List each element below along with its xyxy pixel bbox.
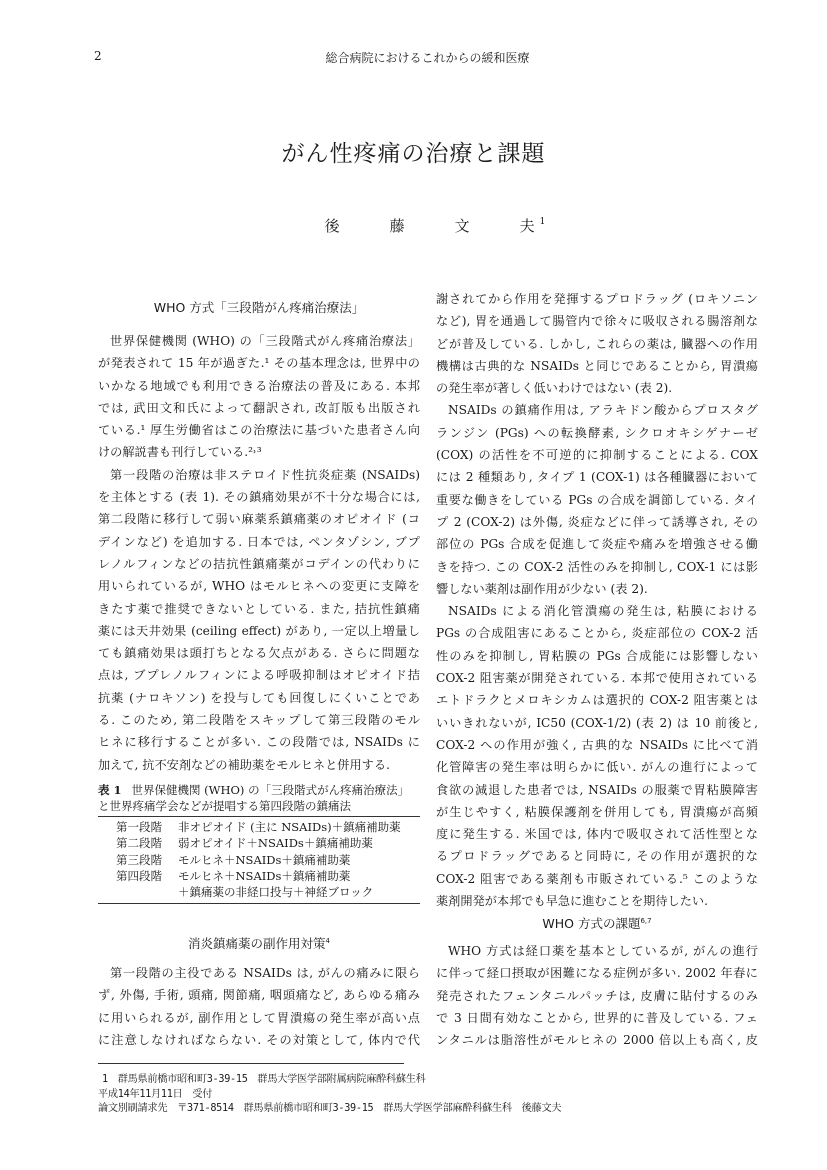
text-line: レノルフィンなどの拮抗性鎮痛薬がコデインの代わりに (98, 553, 420, 575)
footnote-divider (98, 1063, 404, 1064)
text-line: 世界保健機関 (WHO) の「三段階式がん疼痛治療法」 (98, 330, 420, 352)
section3-body: WHO 方式は経口薬を基本としているが, がんの進行 に伴って経口摂取が困難にな… (436, 940, 758, 1051)
text-line: COX-2 阻害薬が開発されている. 本邦で使用されている (436, 667, 758, 689)
table-cell-stage: 第四段階 (98, 868, 178, 884)
text-line: るプロドラッグであると同時に, その作用が選択的な (436, 845, 758, 867)
table-row: ＋鎮痛薬の非経口投与＋神経ブロック (98, 884, 420, 900)
text-line: る. このため, 第二段階をスキップして第三段階のモル (98, 709, 420, 731)
text-line: NSAIDs の鎮痛作用は, アラキドン酸からプロスタグ (436, 399, 758, 421)
table-cell-therapy: モルヒネ＋NSAIDs＋鎮痛補助薬 (178, 868, 350, 884)
table-row: 第四段階モルヒネ＋NSAIDs＋鎮痛補助薬 (98, 868, 420, 884)
text-line: ヒネに移行することが多い. この段階では, NSAIDs に (98, 731, 420, 753)
text-line: ランジン (PGs) への転換酵素, シクロオキシゲナーゼ (436, 422, 758, 444)
text-line: いかなる地域でも利用できる治療法の普及にある. 本邦 (98, 375, 420, 397)
text-line: WHO 方式は経口薬を基本としているが, がんの進行 (436, 940, 758, 962)
text-line: 第一段階の主役である NSAIDs は, がんの痛みに限ら (98, 962, 420, 984)
text-line: きを持つ. この COX-2 活性のみを抑制し, COX-1 には影 (436, 556, 758, 578)
text-line: に伴って経口摂取が困難になる症例が多い. 2002 年春に (436, 962, 758, 984)
text-line: 部位の PGs 合成を促進して炎症や痛みを増強させる働 (436, 533, 758, 555)
table-cell-stage (98, 884, 178, 900)
table-cell-stage: 第一段階 (98, 819, 178, 835)
table-body: 第一段階非オピオイド (主に NSAIDs)＋鎮痛補助薬 第二段階弱オピオイド＋… (98, 816, 420, 904)
table-cell-therapy: 弱オピオイド＋NSAIDs＋鎮痛補助薬 (178, 835, 373, 851)
footnote-reprint-request: 論文別刷請求先 〒371-8514 群馬県前橋市昭和町3-39-15 群馬大学医… (98, 1102, 561, 1117)
text-line: が生じやすく, 粘膜保護剤を併用しても, 胃潰瘍が高頻 (436, 801, 758, 823)
text-line: 食欲の減退した患者では, NSAIDs の服薬で胃粘膜障害 (436, 779, 758, 801)
text-line: デインなど) を追加する. 日本では, ペンタゾシン, ブプ (98, 531, 420, 553)
table-cell-therapy: ＋鎮痛薬の非経口投与＋神経ブロック (178, 884, 373, 900)
text-line: COX-2 阻害である薬剤も市販されている.⁵ このような (436, 868, 758, 890)
author-char: 夫 (520, 215, 535, 236)
article-title: がん性疼痛の治療と課題 (0, 135, 827, 168)
text-line: の発生率が著しく低いわけではない (表 2). (436, 377, 758, 399)
right-body: 謝されてから作用を発揮するプロドラッグ (ロキソニン など), 胃を通過して腸管… (436, 288, 758, 912)
table-cell-stage: 第三段階 (98, 852, 178, 868)
caption-line: と世界疼痛学会などが提唱する第四段階の鎮痛法 (98, 798, 420, 814)
text-line: ている.¹ 厚生労働省はこの治療法に基づいた患者さん向 (98, 419, 420, 441)
text-line: が発表されて 15 年が過ぎた.¹ その基本理念は, 世界中の (98, 352, 420, 374)
text-line: 加えて, 抗不安剤などの補助薬をモルヒネと併用する. (98, 754, 420, 776)
text-line: 性のみを抑制し, 胃粘膜の PGs 合成能には影響しない (436, 645, 758, 667)
table-cell-therapy: モルヒネ＋NSAIDs＋鎮痛補助薬 (178, 852, 350, 868)
text-line: きたす薬で推奨できないとしている. また, 拮抗性鎮痛 (98, 598, 420, 620)
section1-body: 世界保健機関 (WHO) の「三段階式がん疼痛治療法」 が発表されて 15 年が… (98, 330, 420, 776)
table-cell-therapy: 非オピオイド (主に NSAIDs)＋鎮痛補助薬 (178, 819, 401, 835)
text-line: には 2 種類あり, タイプ 1 (COX-1) は各種臓器において (436, 466, 758, 488)
table-row: 第三段階モルヒネ＋NSAIDs＋鎮痛補助薬 (98, 852, 420, 868)
text-line: 機構は古典的な NSAIDs と同じであることから, 胃潰瘍 (436, 355, 758, 377)
table-label: 表 1 (98, 783, 122, 797)
text-line: で 3 日間有効なことから, 世界的に普及している. フェ (436, 1007, 758, 1029)
text-line: 謝されてから作用を発揮するプロドラッグ (ロキソニン (436, 288, 758, 310)
heading-text: WHO 方式の課題 (542, 916, 640, 931)
text-line: NSAIDs による消化管潰瘍の発生は, 粘膜における (436, 600, 758, 622)
text-line: いいきれないが, IC50 (COX-1/2) (表 2) は 10 前後と, (436, 712, 758, 734)
text-line: エトドラクとメロキシカムは選択的 COX-2 阻害薬とは (436, 689, 758, 711)
section-heading-who-method: WHO 方式「三段階がん疼痛治療法」 (98, 297, 420, 319)
text-line: を主体とする (表 1). その鎮痛効果が不十分な場合には, (98, 486, 420, 508)
text-line: 抗薬 (ナロキソン) を投与しても回復しにくいことであ (98, 687, 420, 709)
text-line: に用いられるが, 副作用として胃潰瘍の発生率が高い点 (98, 1007, 420, 1029)
author-char: 文 (455, 215, 470, 236)
text-line: 第一段階の治療は非ステロイド性抗炎症薬 (NSAIDs) (98, 464, 420, 486)
text-line: 化管障害の発生率は明らかに低い. がんの進行によって (436, 756, 758, 778)
footnote-received: 平成14年11月11日 受付 (98, 1088, 561, 1103)
text-line: PGs の合成阻害にあることから, 炎症部位の COX-2 活 (436, 622, 758, 644)
text-line: ず, 外傷, 手術, 頭痛, 関節痛, 咽頭痛など, あらゆる痛み (98, 984, 420, 1006)
table-cell-stage: 第二段階 (98, 835, 178, 851)
text-line: どが普及している. しかし, これらの薬は, 臓器への作用 (436, 333, 758, 355)
section2-body: 第一段階の主役である NSAIDs は, がんの痛みに限ら ず, 外傷, 手術,… (98, 962, 420, 1051)
text-line: に注意しなければならない. その対策として, 体内で代 (98, 1029, 420, 1051)
text-line: COX-2 への作用が強く, 古典的な NSAIDs に比べて消 (436, 734, 758, 756)
caption-line: 世界保健機関 (WHO) の「三段階式がん疼痛治療法」 (132, 783, 410, 797)
table-row: 第二段階弱オピオイド＋NSAIDs＋鎮痛補助薬 (98, 835, 420, 851)
text-line: 度に発生する. 米国では, 体内で吸収されて活性型とな (436, 823, 758, 845)
text-line: 用いられているが, WHO はモルヒネへの変更に支障を (98, 575, 420, 597)
text-line: 薬には天井効果 (ceiling effect) があり, 一定以上増量し (98, 620, 420, 642)
heading-text: 消炎鎮痛薬の副作用対策 (188, 936, 326, 951)
text-line: プ 2 (COX-2) は外傷, 炎症などに伴って誘導され, その (436, 511, 758, 533)
running-head: 総合病院におけるこれからの緩和医療 (0, 49, 827, 66)
text-line: 第二段階に移行して弱い麻薬系鎮痛薬のオピオイド (コ (98, 508, 420, 530)
author-char: 後 (325, 215, 340, 236)
text-line: では, 武田文和氏によって翻訳され, 改訂版も出版され (98, 397, 420, 419)
text-line: 響しない薬剤は副作用が少ない (表 2). (436, 578, 758, 600)
author-char: 藤 (390, 215, 405, 236)
text-line: 重要な働きをしている PGs の合成を調節している. タイ (436, 489, 758, 511)
footnote-affiliation: 1 群馬県前橋市昭和町3-39-15 群馬大学医学部附属病院麻酔科蘇生科 (98, 1073, 561, 1088)
text-line: ても鎮痛効果は頭打ちとなる欠点がある. さらに問題な (98, 642, 420, 664)
author-affiliation-mark: 1 (540, 217, 546, 227)
table-1: 表 1世界保健機関 (WHO) の「三段階式がん疼痛治療法」 と世界疼痛学会など… (98, 782, 420, 904)
footnotes: 1 群馬県前橋市昭和町3-39-15 群馬大学医学部附属病院麻酔科蘇生科 平成1… (98, 1073, 561, 1117)
text-line: 点は, ブプレノルフィンによる呼吸抑制はオピオイド拮 (98, 664, 420, 686)
text-line: けの解説書も刊行している.²˒³ (98, 441, 420, 463)
text-line: 薬剤開発が本邦でも早急に進むことを期待したい. (436, 890, 758, 912)
text-line: ンタニルは脂溶性がモルヒネの 2000 倍以上も高く, 皮 (436, 1029, 758, 1051)
reference-mark: 4 (326, 937, 330, 945)
text-line: (COX) の活性を不可逆的に抑制することによる. COX (436, 444, 758, 466)
table-row: 第一段階非オピオイド (主に NSAIDs)＋鎮痛補助薬 (98, 819, 420, 835)
section-heading-nsaid-side-effects: 消炎鎮痛薬の副作用対策4 (98, 930, 420, 955)
section-heading-who-issues: WHO 方式の課題6,7 (436, 910, 758, 935)
author: 後藤文夫1 (0, 215, 827, 236)
table-caption: 表 1世界保健機関 (WHO) の「三段階式がん疼痛治療法」 と世界疼痛学会など… (98, 782, 420, 814)
text-line: 発売されたフェンタニルパッチは, 皮膚に貼付するのみ (436, 985, 758, 1007)
reference-mark: 6,7 (640, 917, 651, 925)
text-line: など), 胃を通過して腸管内で徐々に吸収される腸溶剤な (436, 310, 758, 332)
